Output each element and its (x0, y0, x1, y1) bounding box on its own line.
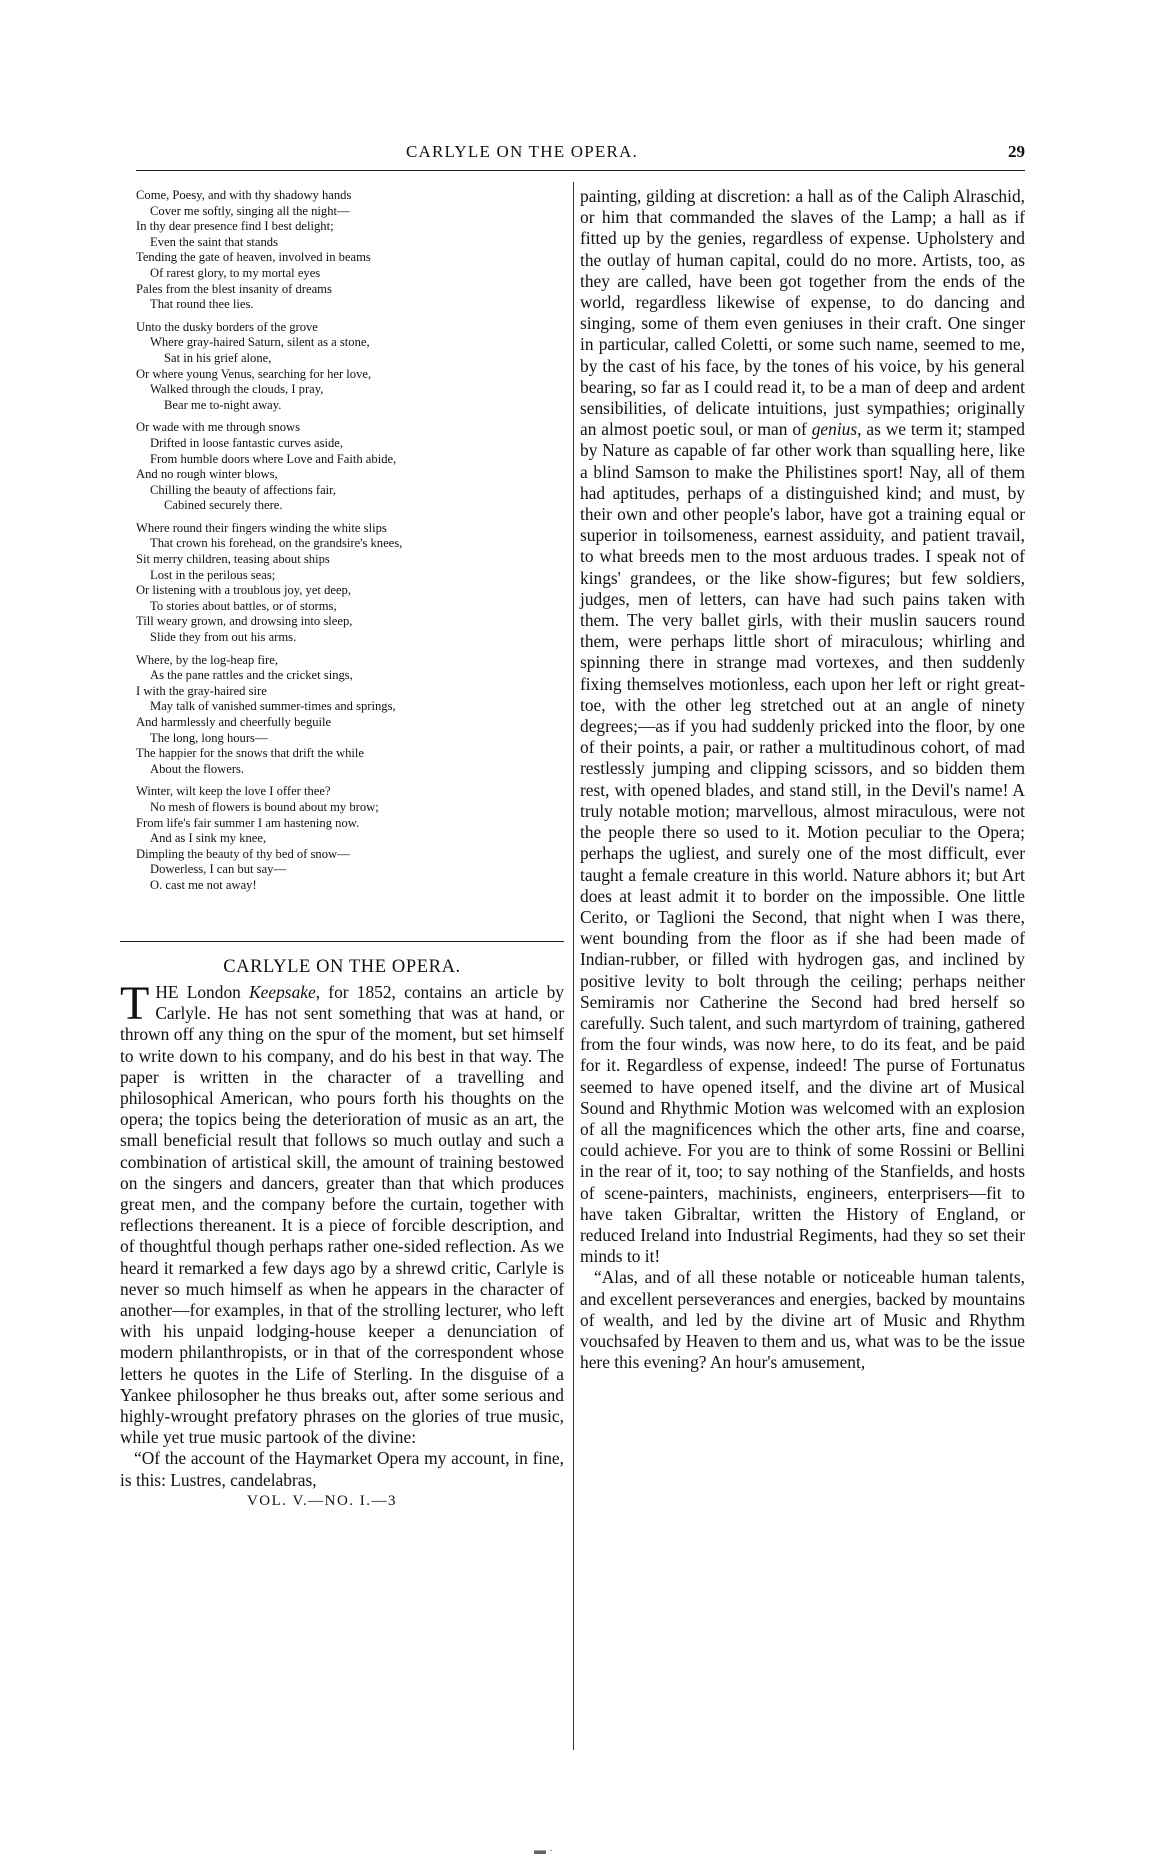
poem-line: Or where young Venus, searching for her … (136, 367, 564, 383)
page-number: 29 (1008, 142, 1025, 162)
poem-line: The happier for the snows that drift the… (136, 746, 564, 762)
poem-line: Where, by the log-heap fire, (136, 653, 564, 669)
poem-line: That round thee lies. (136, 297, 564, 313)
poem-line: About the flowers. (136, 762, 564, 778)
poem-line: Drifted in loose fantastic curves aside, (136, 436, 564, 452)
poem-line: From humble doors where Love and Faith a… (136, 452, 564, 468)
signature-mark: VOL. V.—NO. I.—3 (120, 1493, 564, 1510)
poem-line: Sit merry children, teasing about ships (136, 552, 564, 568)
poem-line: Pales from the blest insanity of dreams (136, 282, 564, 298)
italic-word: genius (812, 419, 857, 439)
poem-line: And harmlessly and cheerfully beguile (136, 715, 564, 731)
poem-line: Or listening with a troublous joy, yet d… (136, 583, 564, 599)
poem-line: I with the gray-haired sire (136, 684, 564, 700)
poem-line: Slide they from out his arms. (136, 630, 564, 646)
poem-line: Come, Poesy, and with thy shadowy hands (136, 188, 564, 204)
drop-cap: T (120, 984, 149, 1024)
poem-line: The long, long hours— (136, 731, 564, 747)
poem-line: Lost in the perilous seas; (136, 568, 564, 584)
running-title: CARLYLE ON THE OPERA. (406, 142, 638, 162)
poem-stanza: Unto the dusky borders of the groveWhere… (136, 320, 564, 414)
article-left-column: CARLYLE ON THE OPERA. T HE London Keepsa… (120, 957, 564, 1510)
poem-line: Unto the dusky borders of the grove (136, 320, 564, 336)
poem-line: In thy dear presence find I best delight… (136, 219, 564, 235)
poem-line: Tending the gate of heaven, involved in … (136, 250, 564, 266)
poem-line: And no rough winter blows, (136, 467, 564, 483)
poem-line: Dimpling the beauty of thy bed of snow— (136, 847, 564, 863)
poem-line: Winter, wilt keep the love I offer thee? (136, 784, 564, 800)
poem-stanza: Come, Poesy, and with thy shadowy handsC… (136, 188, 564, 313)
poem-line: Cabined securely there. (136, 498, 564, 514)
poem-line: To stories about battles, or of storms, (136, 599, 564, 615)
poem-line: Even the saint that stands (136, 235, 564, 251)
page-header: CARLYLE ON THE OPERA. 29 (136, 142, 1025, 171)
poem-line: O. cast me not away! (136, 878, 564, 894)
poem-end-rule (120, 941, 564, 942)
article-paragraph-1-text: HE London Keepsake, for 1852, contains a… (120, 982, 564, 1447)
poem-line: May talk of vanished summer-times and sp… (136, 699, 564, 715)
article-paragraph-1: T HE London Keepsake, for 1852, contains… (120, 982, 564, 1448)
poem-line: Walked through the clouds, I pray, (136, 382, 564, 398)
poem-line: Where round their fingers winding the wh… (136, 521, 564, 537)
article-title: CARLYLE ON THE OPERA. (120, 957, 564, 978)
poem-line: Or wade with me through snows (136, 420, 564, 436)
article-right-column: painting, gilding at discretion: a hall … (580, 186, 1025, 1373)
poem-stanza: Or wade with me through snowsDrifted in … (136, 420, 564, 514)
poem-line: Dowerless, I can but say— (136, 862, 564, 878)
poem-line: Where gray-haired Saturn, silent as a st… (136, 335, 564, 351)
poem-line: That crown his forehead, on the grandsir… (136, 536, 564, 552)
poem-line: As the pane rattles and the cricket sing… (136, 668, 564, 684)
footer-smudge: ▬ · (534, 1843, 553, 1858)
poem-line: From life's fair summer I am hastening n… (136, 816, 564, 832)
poem-stanza: Where, by the log-heap fire,As the pane … (136, 653, 564, 778)
poem-line: No mesh of flowers is bound about my bro… (136, 800, 564, 816)
poem-line: And as I sink my knee, (136, 831, 564, 847)
poem-line: Of rarest glory, to my mortal eyes (136, 266, 564, 282)
poem-line: Bear me to-night away. (136, 398, 564, 414)
italic-title: Keepsake (249, 982, 316, 1002)
poem-line: Till weary grown, and drowsing into slee… (136, 614, 564, 630)
poem-stanza: Winter, wilt keep the love I offer thee?… (136, 784, 564, 893)
article-paragraph-2: “Of the account of the Haymarket Opera m… (120, 1448, 564, 1490)
poem-line: Sat in his grief alone, (136, 351, 564, 367)
right-paragraph-1: painting, gilding at discretion: a hall … (580, 186, 1025, 1267)
poem: Come, Poesy, and with thy shadowy handsC… (136, 188, 564, 901)
right-paragraph-2: “Alas, and of all these notable or notic… (580, 1267, 1025, 1373)
poem-stanza: Where round their fingers winding the wh… (136, 521, 564, 646)
poem-line: Cover me softly, singing all the night— (136, 204, 564, 220)
poem-line: Chilling the beauty of affections fair, (136, 483, 564, 499)
column-divider (573, 182, 574, 1750)
